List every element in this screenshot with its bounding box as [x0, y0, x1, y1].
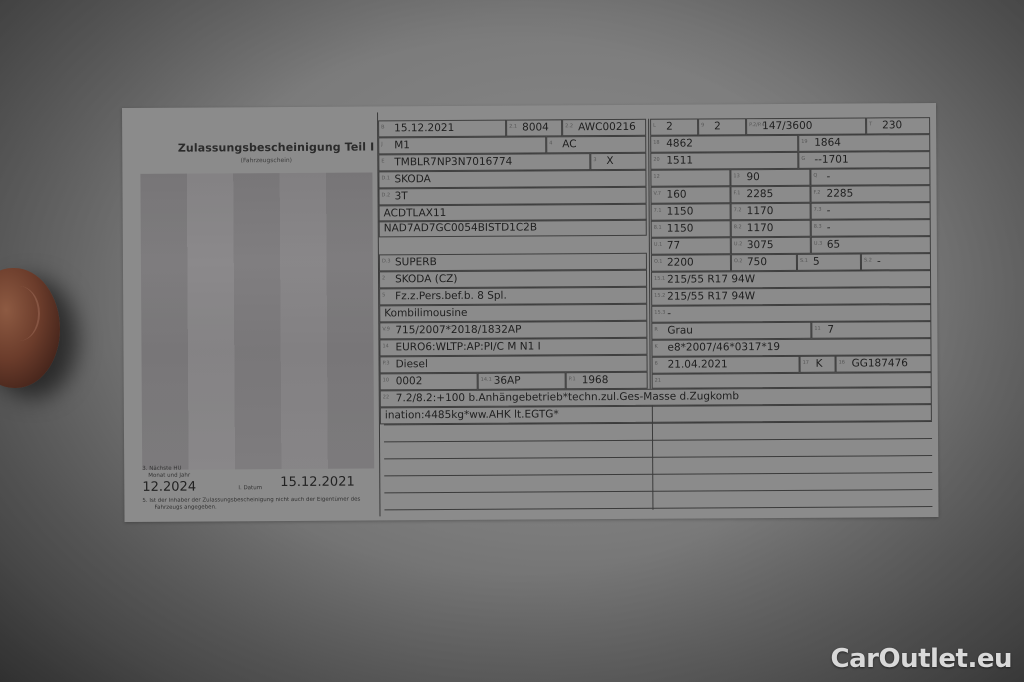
- field-value: 1968: [582, 374, 609, 386]
- field-value: Kombilimousine: [384, 307, 467, 320]
- field-code: D.3: [382, 258, 391, 264]
- field-14: 14EURO6:WLTP:AP:PI/C M N1 I: [379, 338, 647, 357]
- field-value: 1150: [667, 223, 694, 235]
- field-s-2: S.2-: [861, 253, 931, 270]
- field-code: L: [653, 123, 656, 129]
- field-value: X: [606, 155, 613, 167]
- field-14-1: 14.136AP: [478, 372, 566, 390]
- field-2-2: 2.2AWC00216: [562, 119, 646, 137]
- field-7-3: 7.3-: [811, 202, 931, 220]
- finger: [0, 268, 60, 388]
- field-8-2: 8.21170: [731, 220, 811, 237]
- field-19: 191864: [798, 134, 930, 152]
- field-9: 92: [698, 118, 746, 135]
- watermark-logo: CarOutlet.eu: [831, 644, 1012, 674]
- field-value: 7.2/8.2:+100 b.Anhängebetrieb*techn.zul.…: [396, 390, 739, 404]
- field-u-2: U.23075: [731, 237, 811, 254]
- field-code: R: [654, 327, 658, 333]
- field-value: EURO6:WLTP:AP:PI/C M N1 I: [395, 340, 540, 353]
- next-inspection-value: 12.2024: [142, 480, 196, 495]
- field-code: 22: [383, 394, 389, 400]
- field-d-2: D.23T: [378, 187, 646, 206]
- field-value: 15.12.2021: [394, 122, 454, 134]
- field-8-1: 8.11150: [651, 220, 731, 237]
- field-value: 21.04.2021: [668, 358, 728, 370]
- field-17: 17K: [800, 356, 836, 373]
- field-15-1: 15.1215/55 R17 94W: [651, 270, 931, 289]
- field-value: 230: [882, 119, 902, 131]
- field-value: --1701: [814, 154, 848, 166]
- field-code: U.1: [654, 242, 662, 248]
- field-code: O.2: [734, 258, 743, 264]
- field-value: 2285: [827, 188, 854, 200]
- ruled-line: [384, 472, 932, 477]
- field-value: SUPERB: [395, 256, 437, 268]
- field-code: F.1: [734, 190, 741, 196]
- field-3: 3X: [590, 153, 646, 170]
- field-value: 65: [827, 239, 840, 251]
- field-code: P.1: [569, 376, 576, 382]
- field-7-2: 7.21170: [731, 203, 811, 220]
- field-value: 1864: [814, 137, 841, 149]
- field-value: ination:4485kg*ww.AHK lt.EGTG*: [385, 408, 559, 421]
- field-v-9: V.9715/2007*2018/1832AP: [379, 321, 647, 340]
- field-code: U.3: [814, 241, 822, 247]
- field-code: 20: [653, 157, 659, 163]
- field-e: ETMBLR7NP3N7016774: [378, 153, 590, 171]
- field-r: RGrau: [651, 322, 811, 340]
- field-value: 1170: [747, 222, 774, 234]
- field-5: 5Fz.z.Pers.bef.b. 8 Spl.: [379, 287, 647, 306]
- field-value: 8004: [522, 121, 549, 133]
- field-code: V.7: [654, 191, 662, 197]
- field-code: 15.2: [654, 293, 665, 299]
- field-value: GG187476: [852, 357, 908, 369]
- field-code: E: [381, 158, 384, 164]
- field-code: U.2: [734, 241, 742, 247]
- field-code: 14: [382, 343, 388, 349]
- field-value: -: [827, 222, 831, 234]
- field-code: 2.1: [509, 124, 517, 130]
- field-v-7: V.7160: [650, 186, 730, 203]
- field-code: 13: [733, 173, 739, 179]
- field-code: S.2: [864, 257, 872, 263]
- field-code: S.1: [800, 258, 808, 264]
- field-code: 8.1: [654, 225, 662, 231]
- field-2: 2SKODA (CZ): [379, 270, 647, 289]
- field-value: AWC00216: [578, 121, 636, 133]
- field-value: Fz.z.Pers.bef.b. 8 Spl.: [395, 290, 507, 303]
- field-code: 5: [382, 292, 385, 298]
- field-k: Ke8*2007/46*0317*19: [651, 338, 931, 357]
- ruled-line: [384, 438, 932, 443]
- field-value: AC: [562, 138, 576, 150]
- field-u-1: U.177: [651, 237, 731, 254]
- field-value: 2285: [747, 188, 774, 200]
- field-value: 715/2007*2018/1832AP: [395, 324, 521, 337]
- field-value: 7: [827, 324, 834, 336]
- field-7-1: 7.11150: [651, 203, 731, 220]
- field-left-10: NAD7AD7GC0054BISTD1C2B: [379, 219, 647, 238]
- field-value: Diesel: [396, 358, 428, 370]
- field-value: 90: [746, 171, 759, 183]
- field-code: D.1: [381, 175, 390, 181]
- field-value: 160: [667, 189, 687, 201]
- field-value: SKODA: [394, 173, 430, 185]
- field-code: K: [654, 344, 657, 350]
- field-code: 15.3: [654, 310, 665, 316]
- field-code: 15.1: [654, 276, 665, 282]
- field-value: e8*2007/46*0317*19: [667, 341, 780, 354]
- next-inspection-sublabel: Monat und Jahr: [148, 473, 190, 479]
- field-code: 7.2: [734, 207, 742, 213]
- field-code: 8.2: [734, 224, 742, 230]
- field-code: 6: [655, 361, 658, 367]
- field-code: V.9: [382, 326, 390, 332]
- field-code: O.1: [654, 259, 663, 265]
- field-code: 21: [655, 378, 661, 384]
- field-code: 12: [653, 174, 659, 180]
- registration-document: Zulassungsbescheinigung Teil I (Fahrzeug…: [122, 103, 939, 522]
- field-code: 2: [382, 275, 385, 281]
- next-inspection-label: 3. Nächste HU: [142, 466, 181, 472]
- field-g: G--1701: [798, 151, 930, 169]
- field-code: P.2/P.4: [749, 122, 765, 128]
- field-t: T230: [866, 117, 930, 134]
- footer-note: 5. Ist der Inhaber der Zulassungsbeschei…: [142, 496, 378, 503]
- field-value: SKODA (CZ): [395, 273, 457, 285]
- field-value: 750: [747, 256, 767, 268]
- field-p-2-p-4: P.2/P.4147/3600: [746, 117, 866, 135]
- field-code: J: [381, 141, 383, 147]
- field-value: 3T: [395, 190, 408, 202]
- field-f-2: F.22285: [810, 185, 930, 203]
- field-l: L2: [650, 118, 698, 135]
- document-fields-grid: B15.12.20212.180042.2AWC00216JM14ACETMBL…: [378, 109, 932, 516]
- field-13: 1390: [730, 169, 810, 186]
- field-u-3: U.365: [811, 236, 931, 254]
- field-value: 215/55 R17 94W: [667, 290, 755, 303]
- field-left-14: Kombilimousine: [379, 304, 647, 323]
- field-value: NAD7AD7GC0054BISTD1C2B: [384, 221, 537, 234]
- field-value: -: [667, 308, 671, 320]
- field-value: 77: [667, 240, 680, 252]
- field-value: 4862: [666, 138, 693, 150]
- field-value: 5: [813, 256, 820, 268]
- field-p-1: P.11968: [566, 372, 648, 390]
- field-value: M1: [394, 139, 410, 151]
- field-code: 2.2: [565, 123, 573, 129]
- field-10: 100002: [380, 373, 478, 391]
- field-value: K: [816, 358, 823, 370]
- field-code: 7.1: [654, 208, 662, 214]
- field-f-1: F.12285: [730, 186, 810, 203]
- ruled-line: [384, 455, 932, 460]
- field-code: D.2: [382, 192, 391, 198]
- field-20: 201511: [650, 152, 798, 170]
- field-16: 16GG187476: [836, 355, 932, 373]
- field-code: 4: [549, 140, 552, 146]
- field-code: 10: [383, 377, 389, 383]
- document-left-panel: Zulassungsbescheinigung Teil I (Fahrzeug…: [126, 112, 380, 518]
- field-12: 12: [650, 169, 730, 186]
- field-code: P.3: [383, 360, 390, 366]
- field-d-1: D.1SKODA: [378, 170, 646, 189]
- field-value: -: [827, 205, 831, 217]
- field-code: Q: [813, 173, 817, 179]
- field-value: 1511: [666, 155, 693, 167]
- field-p-3: P.3Diesel: [380, 355, 648, 374]
- field-value: 2200: [667, 257, 694, 269]
- field-21: 21: [652, 372, 932, 389]
- field-2-1: 2.18004: [506, 119, 562, 136]
- field-code: 16: [839, 360, 845, 366]
- field-j: JM1: [378, 136, 546, 154]
- field-value: 147/3600: [762, 120, 812, 132]
- blurred-owner-area: [140, 172, 374, 469]
- ruled-line: [384, 506, 932, 511]
- ruled-line: [384, 489, 932, 494]
- field-value: -: [877, 255, 881, 267]
- field-b: B15.12.2021: [378, 120, 506, 138]
- field-code: 17: [803, 360, 809, 366]
- field-value: 1170: [747, 205, 774, 217]
- field-value: 215/55 R17 94W: [667, 273, 755, 286]
- field-code: T: [869, 121, 872, 127]
- field-value: 0002: [396, 375, 423, 387]
- document-subtitle: (Fahrzeugschein): [206, 157, 326, 165]
- field-code: 3: [593, 157, 596, 163]
- field-d-3: D.3SUPERB: [379, 253, 647, 272]
- field-18: 184862: [650, 135, 798, 153]
- field-8-3: 8.3-: [811, 219, 931, 237]
- field-value: Grau: [667, 325, 693, 337]
- field-value: 1150: [667, 206, 694, 218]
- field-value: ACDTLAX11: [384, 207, 447, 219]
- field-value: 2: [714, 120, 721, 132]
- footer-note-2: Fahrzeugs angegeben.: [154, 504, 216, 510]
- field-15-3: 15.3-: [651, 304, 931, 323]
- field-code: 9: [701, 122, 704, 128]
- field-code: 19: [801, 139, 807, 145]
- field-value: 2: [666, 121, 673, 133]
- field-code: 11: [814, 326, 820, 332]
- field-code: 7.3: [814, 207, 822, 213]
- field-code: 14.1: [481, 377, 492, 383]
- field-15-2: 15.2215/55 R17 94W: [651, 287, 931, 306]
- field-value: TMBLR7NP3N7016774: [394, 156, 512, 169]
- field-q: Q-: [810, 168, 930, 186]
- field-6: 621.04.2021: [652, 356, 800, 374]
- field-code: 8.3: [814, 224, 822, 230]
- document-title: Zulassungsbescheinigung Teil I: [134, 140, 374, 154]
- field-4: 4AC: [546, 136, 646, 154]
- field-s-1: S.15: [797, 253, 861, 270]
- field-code: F.2: [814, 190, 821, 196]
- field-code: G: [801, 156, 805, 162]
- issue-date-value: 15.12.2021: [280, 475, 355, 490]
- issue-date-label: I. Datum: [238, 485, 262, 491]
- field-code: 18: [653, 140, 659, 146]
- field-value: -: [826, 171, 830, 183]
- field-o-2: O.2750: [731, 254, 797, 271]
- field-11: 117: [811, 321, 931, 339]
- field-value: 3075: [747, 239, 774, 251]
- field-value: 36AP: [494, 375, 521, 387]
- field-o-1: O.12200: [651, 254, 731, 271]
- field-code: B: [381, 124, 384, 130]
